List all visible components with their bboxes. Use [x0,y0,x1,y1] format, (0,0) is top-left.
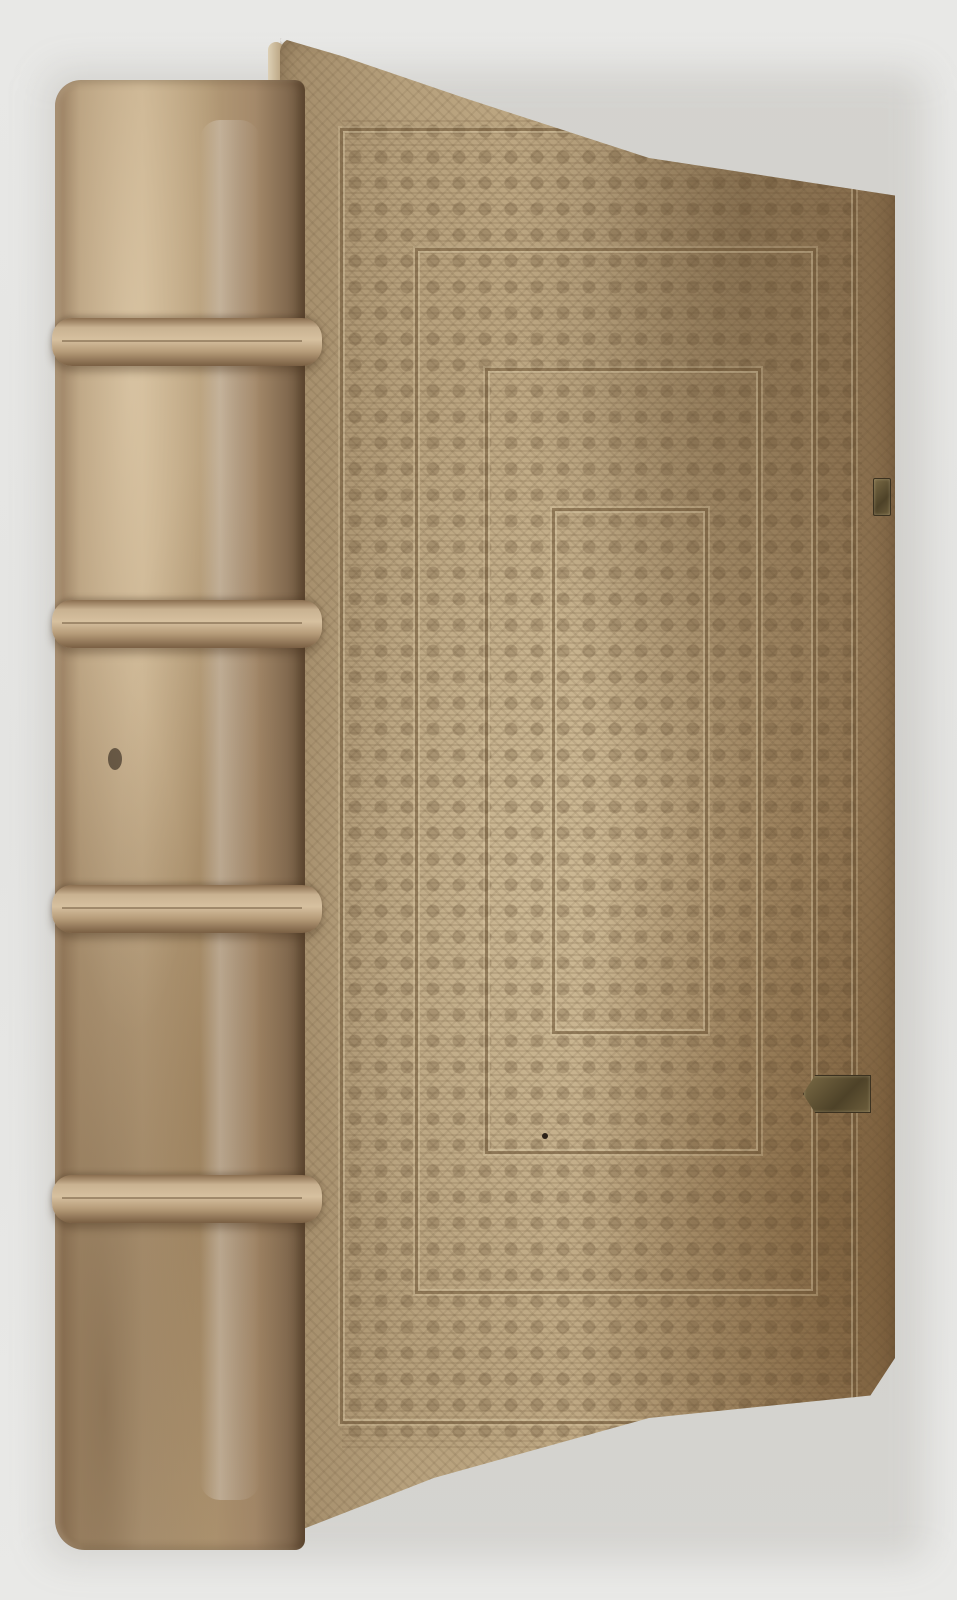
lower-clasp-icon [803,1075,871,1113]
central-panel [552,508,708,1034]
upper-clasp-icon [873,478,891,516]
spine-raised-band-4 [52,1175,322,1223]
spine-raised-band-1 [52,318,322,366]
spine-raised-band-2 [52,600,322,648]
wormhole [542,1133,548,1139]
spine-blemish [108,748,122,770]
photo-scene [0,0,957,1600]
spine-raised-band-3 [52,885,322,933]
spine [55,80,305,1550]
front-cover [280,38,895,1538]
